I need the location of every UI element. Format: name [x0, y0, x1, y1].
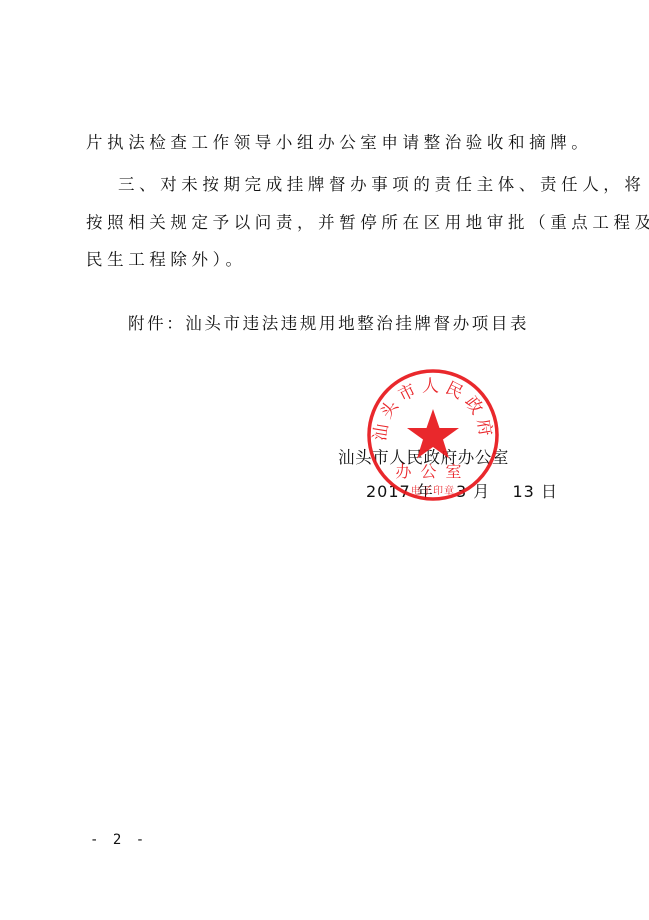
date-month: 3 [456, 482, 467, 501]
seal-outer-text: 汕头市人民政府 [370, 376, 496, 442]
page-number: - 2 - [90, 832, 147, 848]
body-text-line: 三、对未按期完成挂牌督办事项的责任主体、责任人，将 [118, 175, 646, 195]
svg-text:汕头市人民政府: 汕头市人民政府 [370, 376, 496, 442]
attachment-note: 附件：汕头市违法违规用地整治挂牌督办项目表 [128, 314, 529, 334]
date-day: 13 [513, 482, 535, 501]
issuer-signature: 汕头市人民政府办公室 [338, 444, 509, 468]
body-text-line: 民生工程除外）。 [86, 250, 247, 270]
date-day-unit: 日 [541, 479, 558, 502]
date-year-unit: 年 [417, 479, 434, 502]
date-month-unit: 月 [473, 479, 490, 502]
issue-date: 2017 年 3 月 13 日 [366, 479, 558, 502]
date-year: 2017 [366, 482, 411, 501]
body-text-line: 片执法检查工作领导小组办公室申请整治验收和摘牌。 [86, 133, 592, 153]
body-text-line: 按照相关规定予以问责，并暂停所在区用地审批（重点工程及 [86, 213, 649, 233]
